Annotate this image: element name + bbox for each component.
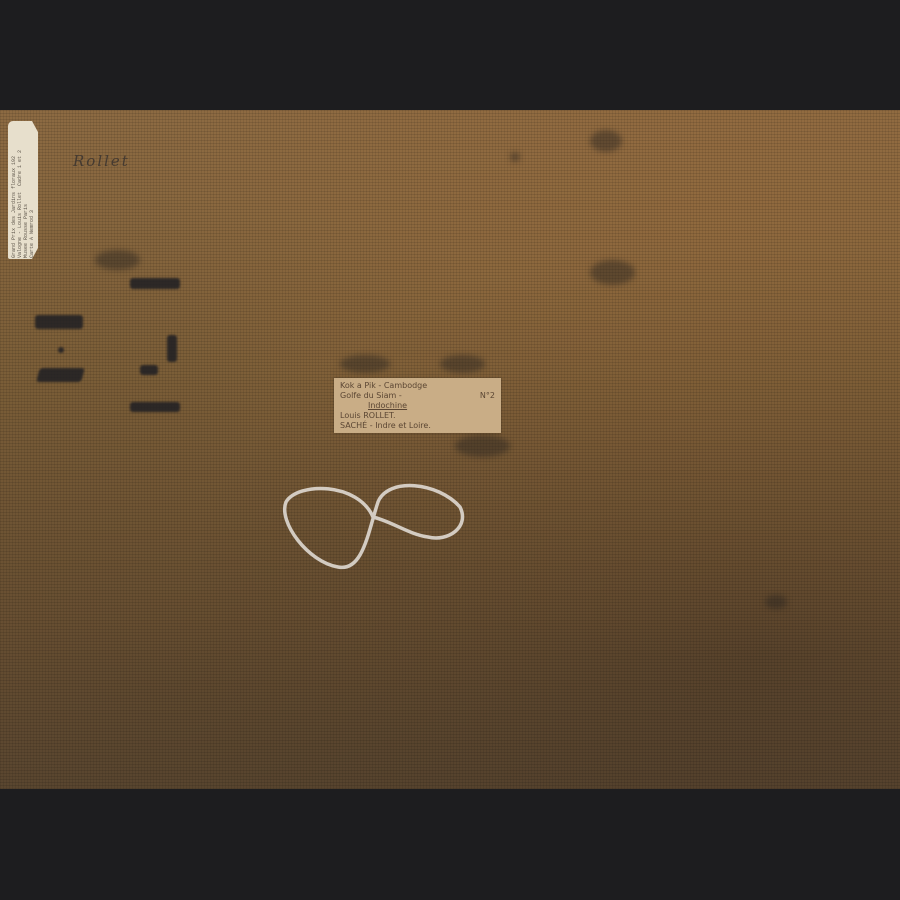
paper-label: Kok a Pik - Cambodge Golfe du Siam -N°2 …: [334, 378, 501, 433]
paint-mark: [35, 315, 83, 329]
stain: [590, 260, 635, 285]
label-text: SACHÉ - Indre et Loire.: [340, 421, 431, 431]
chalk-loop-mark: [278, 472, 468, 572]
paper-label-line: Kok a Pik - Cambodge: [340, 381, 495, 391]
paint-mark: [58, 347, 64, 353]
paint-mark: [36, 368, 85, 382]
paper-label-line: Golfe du Siam -N°2: [340, 391, 495, 401]
stain: [590, 130, 622, 152]
stain: [340, 355, 390, 373]
paper-label-line: SACHÉ - Indre et Loire.: [340, 421, 495, 431]
label-text: Golfe du Siam -: [340, 391, 402, 401]
paint-mark: [130, 402, 180, 412]
side-label: Grand Prix des Jardins floraux 192 Valog…: [8, 121, 38, 259]
paint-mark: [130, 278, 180, 289]
label-text: Louis ROLLET.: [340, 411, 396, 421]
paint-mark: [140, 365, 158, 375]
label-number: N°2: [480, 391, 495, 401]
label-text: Indochine: [340, 401, 407, 411]
stain: [440, 355, 485, 373]
side-label-text: Grand Prix des Jardins floraux 192 Valog…: [11, 122, 35, 258]
stain: [95, 250, 140, 270]
paint-mark: [167, 335, 177, 362]
painting-board-back: [0, 110, 900, 789]
stain: [455, 435, 510, 457]
paper-label-line: Louis ROLLET.: [340, 411, 495, 421]
paper-label-line: Indochine: [340, 401, 495, 411]
signature: Rollet: [73, 152, 130, 170]
stain: [510, 152, 520, 162]
stain: [765, 595, 787, 609]
label-text: Kok a Pik - Cambodge: [340, 381, 427, 391]
